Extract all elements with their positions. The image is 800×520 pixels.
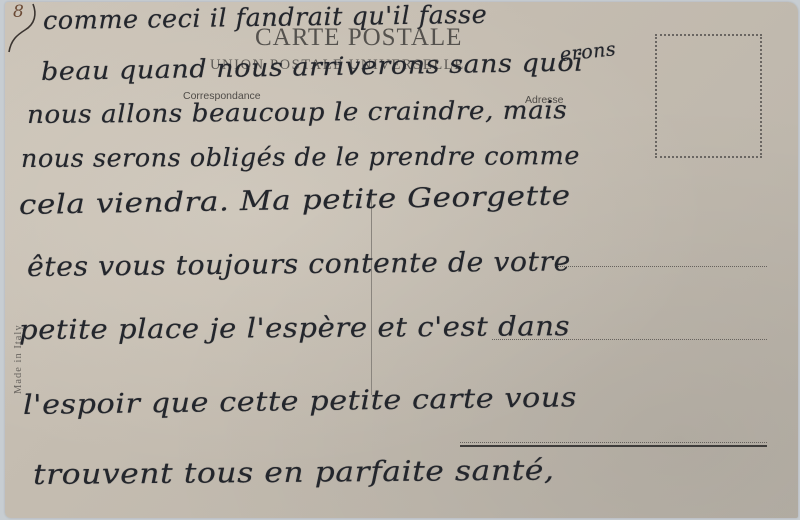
address-line-1: [557, 266, 767, 267]
handwriting-line-5: cela viendra. Ma petite Georgette: [19, 180, 571, 221]
photo-background: 8 CARTE POSTALE UNION POSTALE UNIVERSELL…: [0, 0, 800, 520]
handwriting-line-8: l'espoir que cette petite carte vous: [23, 382, 577, 421]
postcard: 8 CARTE POSTALE UNION POSTALE UNIVERSELL…: [5, 2, 798, 518]
page-number: 8: [13, 2, 24, 22]
page-marker-curve: [5, 2, 45, 62]
address-line-3: [460, 442, 767, 447]
handwriting-line-9: trouvent tous en parfaite santé,: [33, 453, 555, 491]
stamp-box: [655, 34, 762, 158]
handwriting-line-7: petite place je l'espère et c'est dans: [19, 311, 570, 346]
handwriting-line-2: beau quand nous arriverons sans quoi: [41, 48, 584, 86]
handwriting-line-4: nous serons obligés de le prendre comme: [21, 141, 580, 173]
handwriting-line-3: nous allons beaucoup le craindre, mais: [27, 95, 568, 129]
center-divider: [371, 190, 372, 395]
handwriting-line-6: êtes vous toujours contente de votre: [27, 246, 571, 283]
